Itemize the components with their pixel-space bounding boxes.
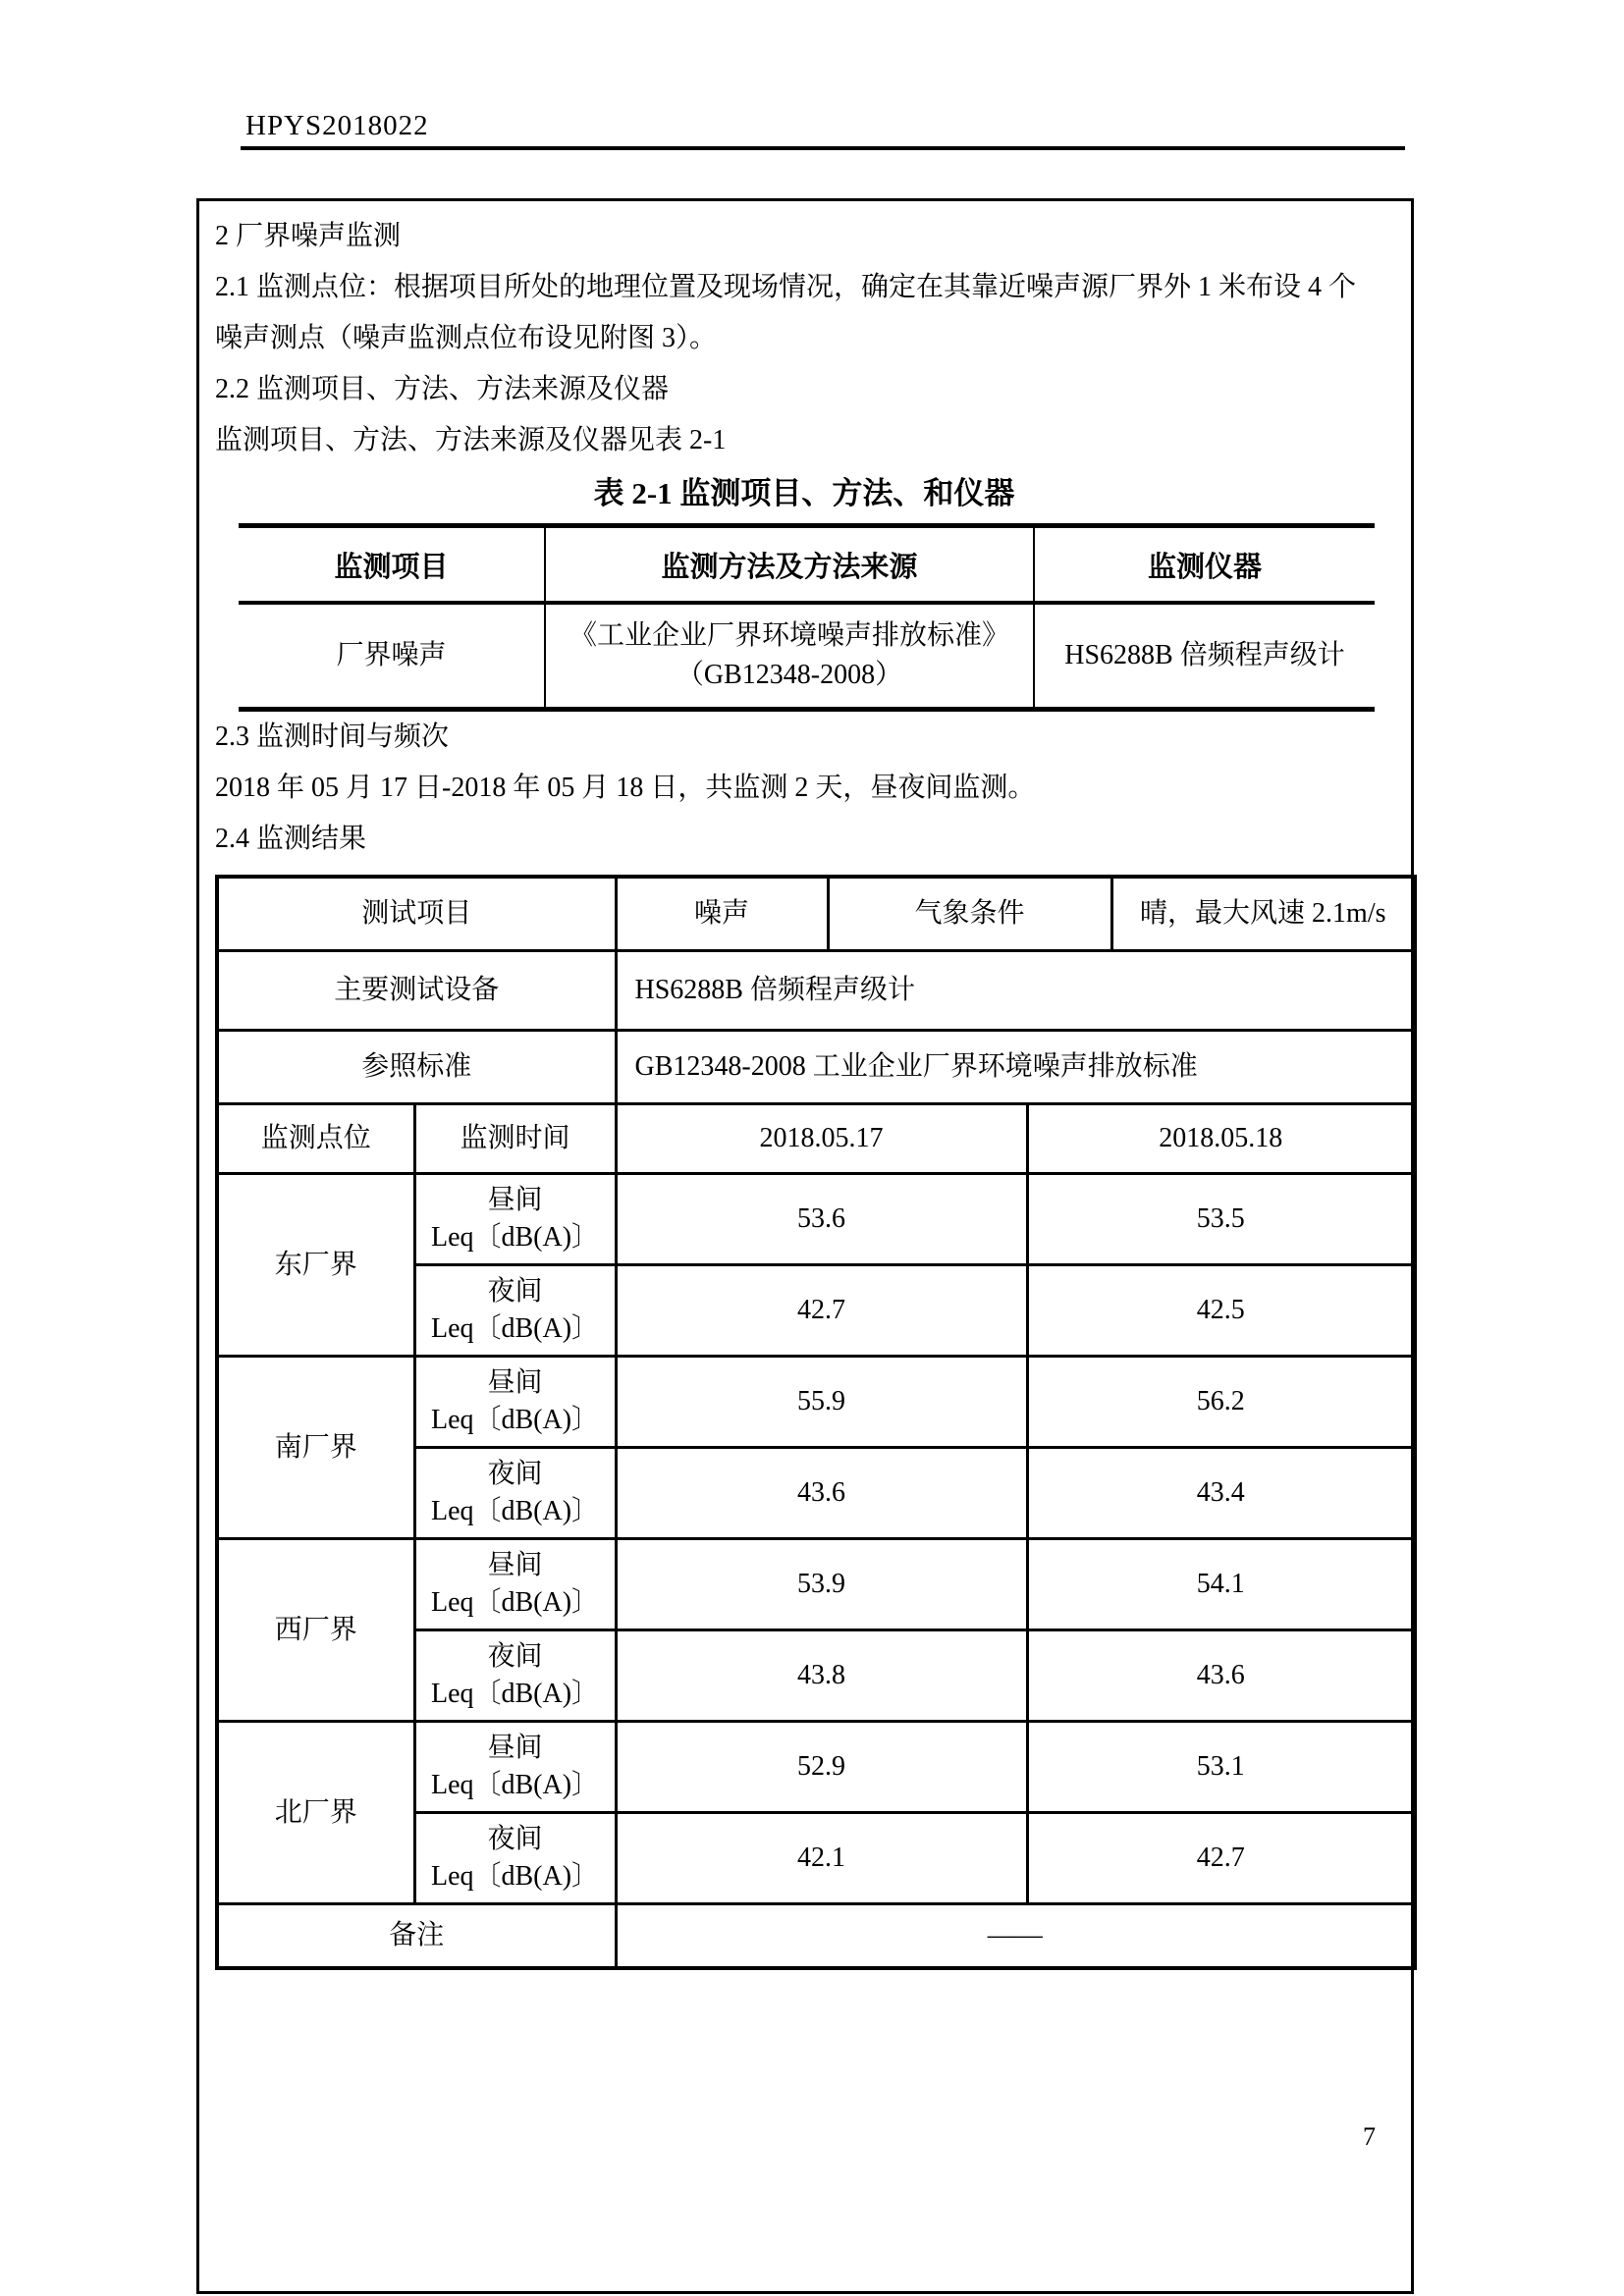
remark-label-cell: 备注 [217, 1904, 616, 1969]
section-2-4-title: 2.4 监测结果 [215, 814, 1393, 865]
value-cell: 43.8 [616, 1630, 1027, 1722]
value-cell: 55.9 [616, 1357, 1027, 1448]
standard-label-cell: 参照标准 [217, 1031, 616, 1104]
value-cell: 42.1 [616, 1813, 1027, 1904]
leq-label: Leq〔dB(A)〕 [416, 1858, 615, 1896]
table-row: 东厂界 昼间 Leq〔dB(A)〕 53.6 53.5 [217, 1174, 1415, 1265]
results-row-standard: 参照标准 GB12348-2008 工业企业厂界环境噪声排放标准 [217, 1031, 1415, 1104]
weather-label-cell: 气象条件 [828, 877, 1111, 951]
night-label: 夜间 [416, 1456, 615, 1493]
date2-cell: 2018.05.18 [1027, 1104, 1415, 1174]
report-code: HPYS2018022 [245, 110, 429, 142]
table21-item-cell: 厂界噪声 [239, 603, 545, 710]
page-number: 7 [1363, 2122, 1376, 2152]
table-row: 西厂界 昼间 Leq〔dB(A)〕 53.9 54.1 [217, 1539, 1415, 1630]
section-2-title: 2 厂界噪声监测 [215, 211, 1393, 262]
table-row: 北厂界 昼间 Leq〔dB(A)〕 52.9 53.1 [217, 1722, 1415, 1813]
day-label: 昼间 [416, 1730, 615, 1767]
time-label-cell: 监测时间 [414, 1104, 616, 1174]
results-table: 测试项目 噪声 气象条件 晴，最大风速 2.1m/s 主要测试设备 HS6288… [215, 875, 1417, 1970]
table21-header-method: 监测方法及方法来源 [545, 526, 1034, 604]
location-cell-south: 南厂界 [217, 1357, 414, 1539]
value-cell: 43.4 [1027, 1448, 1415, 1539]
leq-label: Leq〔dB(A)〕 [416, 1767, 615, 1804]
table21-header-row: 监测项目 监测方法及方法来源 监测仪器 [239, 526, 1375, 604]
table21-instrument-cell: HS6288B 倍频程声级计 [1034, 603, 1375, 710]
table21-method-line1: 《工业企业厂界环境噪声排放标准》 [546, 616, 1033, 656]
leq-label: Leq〔dB(A)〕 [416, 1310, 615, 1348]
night-leq-label-cell: 夜间 Leq〔dB(A)〕 [414, 1630, 616, 1722]
results-row-dates: 监测点位 监测时间 2018.05.17 2018.05.18 [217, 1104, 1415, 1174]
leq-label: Leq〔dB(A)〕 [416, 1493, 615, 1530]
day-leq-label-cell: 昼间 Leq〔dB(A)〕 [414, 1722, 616, 1813]
location-cell-north: 北厂界 [217, 1722, 414, 1904]
table-row: 南厂界 昼间 Leq〔dB(A)〕 55.9 56.2 [217, 1357, 1415, 1448]
section-2-3-text: 2018 年 05 月 17 日-2018 年 05 月 18 日，共监测 2 … [215, 763, 1393, 814]
value-cell: 53.9 [616, 1539, 1027, 1630]
day-leq-label-cell: 昼间 Leq〔dB(A)〕 [414, 1539, 616, 1630]
leq-label: Leq〔dB(A)〕 [416, 1219, 615, 1256]
table21-data-row: 厂界噪声 《工业企业厂界环境噪声排放标准》 （GB12348-2008） HS6… [239, 603, 1375, 710]
value-cell: 56.2 [1027, 1357, 1415, 1448]
value-cell: 43.6 [616, 1448, 1027, 1539]
value-cell: 42.7 [1027, 1813, 1415, 1904]
value-cell: 54.1 [1027, 1539, 1415, 1630]
section-2-1-line2: 噪声测点（噪声监测点位布设见附图 3）。 [215, 313, 1393, 364]
day-label: 昼间 [416, 1364, 615, 1402]
day-leq-label-cell: 昼间 Leq〔dB(A)〕 [414, 1174, 616, 1265]
value-cell: 42.5 [1027, 1265, 1415, 1357]
test-item-value-cell: 噪声 [616, 877, 828, 951]
content-box: 2 厂界噪声监测 2.1 监测点位：根据项目所处的地理位置及现场情况，确定在其靠… [196, 198, 1414, 2294]
results-row-test-item: 测试项目 噪声 气象条件 晴，最大风速 2.1m/s [217, 877, 1415, 951]
day-label: 昼间 [416, 1547, 615, 1584]
table21-title: 表 2-1 监测项目、方法、和仪器 [215, 472, 1393, 515]
day-label: 昼间 [416, 1182, 615, 1219]
equipment-label-cell: 主要测试设备 [217, 951, 616, 1031]
night-leq-label-cell: 夜间 Leq〔dB(A)〕 [414, 1265, 616, 1357]
table21-methods-table: 监测项目 监测方法及方法来源 监测仪器 厂界噪声 《工业企业厂界环境噪声排放标准… [239, 523, 1375, 712]
section-2-2-note: 监测项目、方法、方法来源及仪器见表 2-1 [215, 415, 1393, 466]
value-cell: 53.1 [1027, 1722, 1415, 1813]
day-leq-label-cell: 昼间 Leq〔dB(A)〕 [414, 1357, 616, 1448]
value-cell: 43.6 [1027, 1630, 1415, 1722]
leq-label: Leq〔dB(A)〕 [416, 1584, 615, 1622]
table21-header-item: 监测项目 [239, 526, 545, 604]
table21-method-cell: 《工业企业厂界环境噪声排放标准》 （GB12348-2008） [545, 603, 1034, 710]
leq-label: Leq〔dB(A)〕 [416, 1402, 615, 1439]
remark-value-cell: —— [616, 1904, 1415, 1969]
location-cell-east: 东厂界 [217, 1174, 414, 1357]
night-label: 夜间 [416, 1638, 615, 1676]
header-rule [241, 146, 1405, 150]
point-label-cell: 监测点位 [217, 1104, 414, 1174]
value-cell: 53.6 [616, 1174, 1027, 1265]
results-row-remark: 备注 —— [217, 1904, 1415, 1969]
equipment-value-cell: HS6288B 倍频程声级计 [616, 951, 1415, 1031]
value-cell: 42.7 [616, 1265, 1027, 1357]
section-2-1-line1: 2.1 监测点位：根据项目所处的地理位置及现场情况，确定在其靠近噪声源厂界外 1… [215, 262, 1393, 313]
leq-label: Leq〔dB(A)〕 [416, 1676, 615, 1713]
value-cell: 53.5 [1027, 1174, 1415, 1265]
test-item-label-cell: 测试项目 [217, 877, 616, 951]
location-cell-west: 西厂界 [217, 1539, 414, 1722]
results-row-equipment: 主要测试设备 HS6288B 倍频程声级计 [217, 951, 1415, 1031]
weather-value-cell: 晴，最大风速 2.1m/s [1111, 877, 1415, 951]
date1-cell: 2018.05.17 [616, 1104, 1027, 1174]
night-leq-label-cell: 夜间 Leq〔dB(A)〕 [414, 1448, 616, 1539]
night-label: 夜间 [416, 1821, 615, 1858]
night-label: 夜间 [416, 1273, 615, 1310]
night-leq-label-cell: 夜间 Leq〔dB(A)〕 [414, 1813, 616, 1904]
table21-method-line2: （GB12348-2008） [546, 656, 1033, 695]
value-cell: 52.9 [616, 1722, 1027, 1813]
section-2-2-title: 2.2 监测项目、方法、方法来源及仪器 [215, 364, 1393, 415]
section-2-3-title: 2.3 监测时间与频次 [215, 712, 1393, 763]
document-page: HPYS2018022 2 厂界噪声监测 2.1 监测点位：根据项目所处的地理位… [0, 0, 1624, 2296]
table21-header-instrument: 监测仪器 [1034, 526, 1375, 604]
standard-value-cell: GB12348-2008 工业企业厂界环境噪声排放标准 [616, 1031, 1415, 1104]
